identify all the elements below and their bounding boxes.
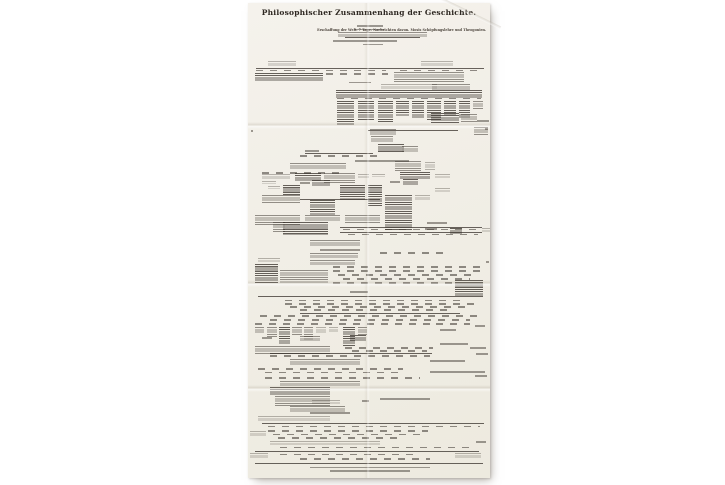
text-row xyxy=(333,40,397,42)
text-row xyxy=(362,400,369,402)
text-row xyxy=(363,44,383,46)
text-smudge-block xyxy=(300,336,320,341)
text-smudge-block xyxy=(283,222,328,235)
text-smudge-block xyxy=(455,280,483,296)
text-row xyxy=(380,398,430,400)
text-row xyxy=(430,371,485,373)
text-smudge-block xyxy=(381,84,437,89)
margin-mark xyxy=(486,261,489,263)
text-smudge-block xyxy=(358,327,367,335)
text-smudge-block xyxy=(280,270,328,284)
word-row xyxy=(285,303,475,305)
printed-chart-content xyxy=(248,3,490,478)
text-smudge-block xyxy=(270,387,330,396)
document-sheet: Philosophischer Zusammenhang der Geschic… xyxy=(248,3,490,478)
text-row xyxy=(310,412,350,414)
text-row xyxy=(310,467,430,469)
text-smudge-block xyxy=(358,174,369,178)
word-row xyxy=(255,323,430,325)
text-row xyxy=(470,347,486,349)
text-row xyxy=(354,29,384,31)
word-row xyxy=(268,426,480,428)
text-smudge-block xyxy=(372,174,385,177)
word-row xyxy=(348,234,478,236)
text-smudge-block xyxy=(255,264,278,284)
word-row xyxy=(333,270,480,272)
text-smudge-block xyxy=(435,188,450,192)
text-row xyxy=(262,337,272,339)
text-smudge-block xyxy=(370,129,396,135)
text-row xyxy=(476,353,488,355)
text-smudge-block xyxy=(312,180,330,186)
text-smudge-block xyxy=(262,195,300,203)
text-smudge-block xyxy=(461,114,477,123)
text-smudge-block xyxy=(268,61,296,66)
word-row xyxy=(280,454,420,456)
text-row xyxy=(427,222,447,224)
word-row xyxy=(337,98,481,100)
text-smudge-block xyxy=(415,195,430,200)
text-smudge-block xyxy=(316,327,326,334)
text-row xyxy=(305,150,319,152)
divider-rule xyxy=(255,451,479,452)
text-row xyxy=(357,25,383,27)
text-smudge-block xyxy=(435,174,450,178)
divider-rule xyxy=(270,353,432,354)
text-smudge-block xyxy=(378,144,404,153)
text-smudge-block xyxy=(270,441,380,445)
text-smudge-block xyxy=(371,136,393,143)
text-row xyxy=(350,291,368,293)
word-row xyxy=(338,274,475,276)
text-smudge-block xyxy=(329,327,338,332)
divider-rule xyxy=(340,227,482,228)
text-row xyxy=(300,182,310,184)
text-row xyxy=(477,120,489,122)
text-smudge-block xyxy=(305,215,340,221)
word-row xyxy=(352,350,427,352)
word-row xyxy=(333,266,480,268)
text-smudge-block xyxy=(431,113,459,123)
text-smudge-block xyxy=(255,73,323,82)
text-smudge-block xyxy=(290,359,360,366)
text-smudge-block xyxy=(396,101,409,116)
text-smudge-block xyxy=(310,240,360,247)
text-row xyxy=(476,441,486,443)
word-row xyxy=(300,155,378,157)
divider-rule xyxy=(255,463,483,464)
text-smudge-block xyxy=(473,101,483,110)
scanned-photo-background: Philosophischer Zusammenhang der Geschic… xyxy=(0,0,725,485)
word-row xyxy=(280,447,470,449)
text-row xyxy=(440,343,468,345)
text-smudge-block xyxy=(412,101,424,119)
text-smudge-block xyxy=(455,453,481,458)
word-row xyxy=(343,229,481,231)
text-smudge-block xyxy=(258,258,280,262)
text-smudge-block xyxy=(394,72,464,83)
text-smudge-block xyxy=(395,161,421,171)
word-row xyxy=(436,323,470,325)
word-row xyxy=(260,315,480,317)
word-row xyxy=(273,434,423,436)
text-smudge-block xyxy=(290,163,346,170)
text-smudge-block xyxy=(345,215,380,223)
text-smudge-block xyxy=(280,381,360,386)
text-smudge-block xyxy=(400,172,430,179)
text-smudge-block xyxy=(338,32,427,37)
divider-rule xyxy=(258,296,483,297)
word-row xyxy=(345,347,433,349)
text-smudge-block xyxy=(258,416,330,421)
text-smudge-block xyxy=(425,162,435,170)
margin-mark xyxy=(251,130,253,132)
divider-rule xyxy=(345,37,420,38)
text-smudge-block xyxy=(337,101,354,125)
divider-rule xyxy=(305,153,373,154)
text-smudge-block xyxy=(310,200,335,215)
text-row xyxy=(390,181,400,183)
text-smudge-block xyxy=(402,146,418,153)
word-row xyxy=(343,278,470,280)
text-smudge-block xyxy=(403,179,418,185)
text-row xyxy=(475,325,485,327)
word-row xyxy=(268,430,428,432)
word-row xyxy=(290,306,470,308)
word-row xyxy=(333,282,455,284)
word-row xyxy=(265,372,403,374)
text-row xyxy=(320,249,360,251)
word-row xyxy=(258,368,403,370)
text-smudge-block xyxy=(482,228,490,232)
word-row xyxy=(380,252,450,254)
text-smudge-block xyxy=(310,253,358,258)
word-row xyxy=(326,73,388,75)
text-smudge-block xyxy=(312,400,340,404)
word-row xyxy=(265,377,420,379)
margin-mark xyxy=(485,128,488,130)
text-smudge-block xyxy=(279,327,290,344)
text-smudge-block xyxy=(350,335,366,342)
word-row xyxy=(256,70,386,72)
text-smudge-block xyxy=(421,61,453,66)
text-smudge-block xyxy=(268,186,280,189)
text-row xyxy=(349,82,371,84)
text-row xyxy=(330,470,410,472)
text-smudge-block xyxy=(292,327,302,336)
text-row xyxy=(475,375,487,377)
text-smudge-block xyxy=(310,260,355,265)
text-smudge-block xyxy=(358,101,374,120)
text-smudge-block xyxy=(250,431,266,436)
text-smudge-block xyxy=(368,185,382,207)
text-smudge-block xyxy=(340,185,365,200)
text-row xyxy=(440,329,456,331)
text-smudge-block xyxy=(283,185,300,195)
text-smudge-block xyxy=(385,195,412,230)
text-smudge-block xyxy=(250,453,268,458)
divider-rule xyxy=(256,68,484,69)
divider-rule xyxy=(340,232,482,233)
text-smudge-block xyxy=(262,181,276,184)
word-row xyxy=(278,437,398,439)
text-smudge-block xyxy=(255,327,264,334)
word-row xyxy=(285,300,465,302)
text-smudge-block xyxy=(378,101,393,122)
text-row xyxy=(430,360,465,362)
divider-rule xyxy=(262,423,484,424)
word-row xyxy=(270,355,430,357)
word-row xyxy=(300,309,450,311)
text-smudge-block xyxy=(262,174,290,179)
divider-rule xyxy=(300,313,460,314)
word-row xyxy=(300,458,430,460)
word-row xyxy=(270,319,470,321)
